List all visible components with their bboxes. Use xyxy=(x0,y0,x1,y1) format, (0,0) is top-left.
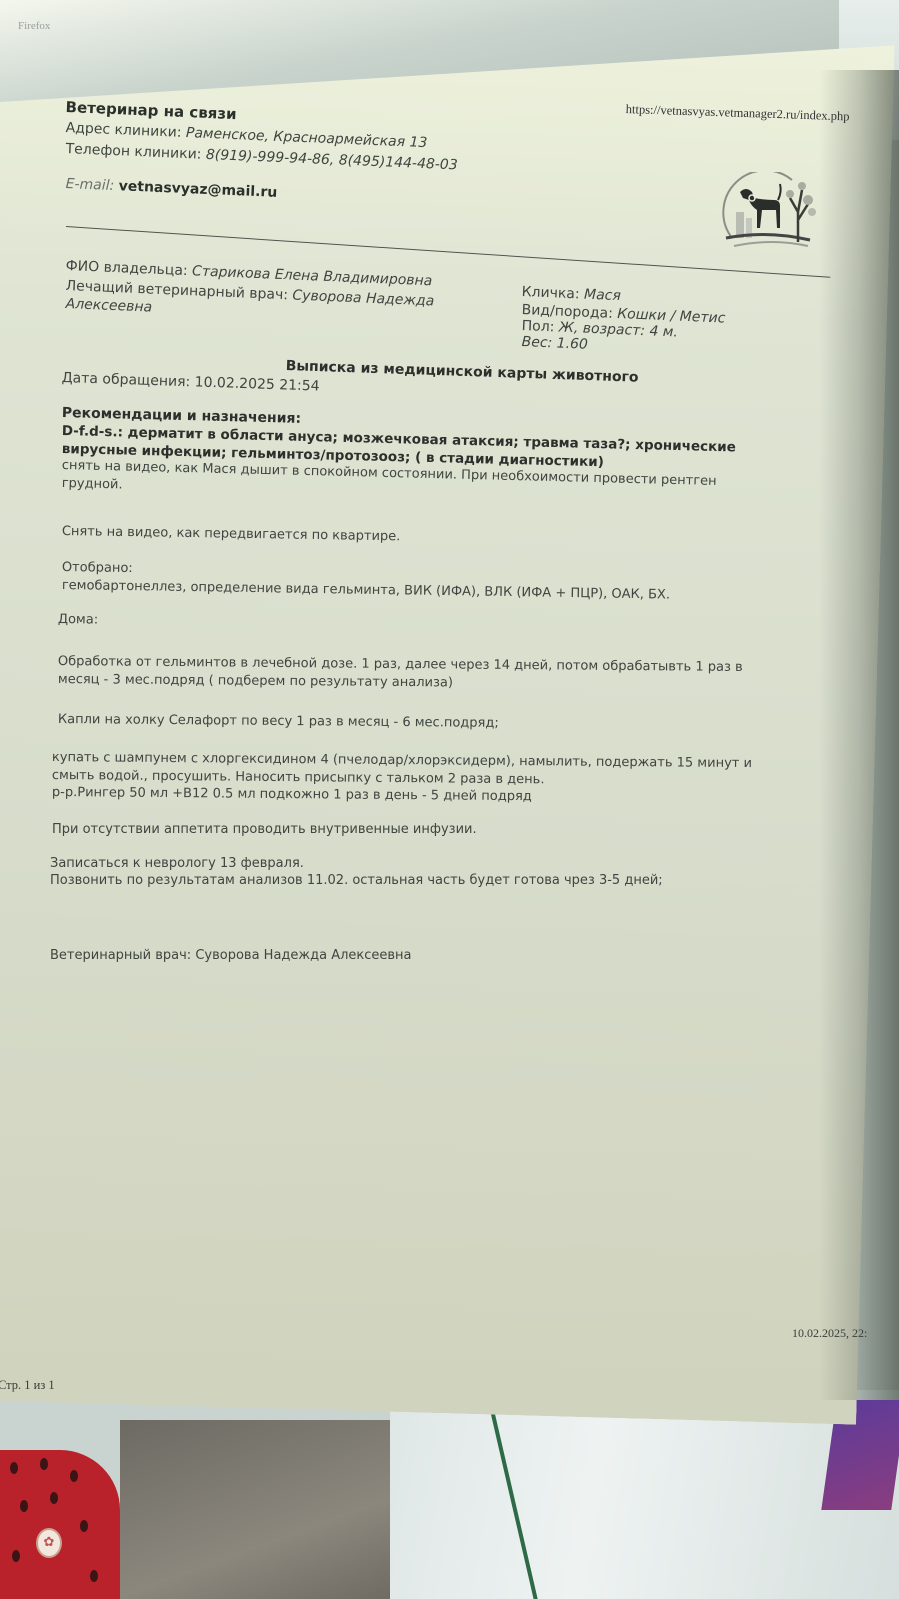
video-move: Снять на видео, как передвигается по ква… xyxy=(62,524,401,544)
owner-label: ФИО владельца: xyxy=(65,258,188,279)
browser-watermark: Firefox xyxy=(18,20,50,32)
phone-label: Телефон клиники: xyxy=(65,141,201,163)
background-shelf xyxy=(390,1400,899,1599)
pet-name-value: Мася xyxy=(584,287,621,305)
visit-date: Дата обращения: 10.02.2025 21:54 xyxy=(61,370,319,395)
shelf-edge xyxy=(490,1410,539,1599)
call-results: Позвонить по результатам анализов 11.02.… xyxy=(50,873,663,888)
page-url[interactable]: https://vetnasvyas.vetmanager2.ru/index.… xyxy=(626,102,850,124)
vet-medical-record: Firefox Ветеринар на связи Адрес клиники… xyxy=(0,0,899,1400)
pet-name-label: Кличка: xyxy=(521,284,580,302)
visit-date-label: Дата обращения: xyxy=(61,370,190,390)
dog-tree-logo-icon xyxy=(712,172,824,252)
home-label: Дома: xyxy=(58,612,98,628)
deworm-line-1: Обработка от гельминтов в лечебной дозе.… xyxy=(58,654,743,675)
visit-date-value: 10.02.2025 21:54 xyxy=(194,374,319,394)
page-counter: Стр. 1 из 1 xyxy=(0,1378,55,1393)
pet-weight-value: 1.60 xyxy=(556,335,588,352)
pet-weight-label: Вес: xyxy=(521,334,552,351)
document-title: Выписка из медицинской карты животного xyxy=(285,358,638,386)
bath-line-2: смыть водой., просушить. Наносить присып… xyxy=(52,768,545,787)
pet-sex-label: Пол: xyxy=(521,318,554,335)
collected-label: Отобрано: xyxy=(62,560,133,576)
neurologist-appointment: Записаться к неврологу 13 февраля. xyxy=(50,856,304,871)
appetite-instruction: При отсутствии аппетита проводить внутри… xyxy=(52,822,477,837)
red-pet-mat xyxy=(0,1450,120,1599)
doctor-signature: Ветеринарный врач: Суворова Надежда Алек… xyxy=(50,948,412,963)
print-datetime: 10.02.2025, 22: xyxy=(792,1326,867,1341)
doctor-value-cont: Алексеевна xyxy=(65,296,152,316)
clinic-name: Ветеринар на связи xyxy=(65,98,237,123)
deworm-line-2: месяц - 3 мес.подряд ( подберем по резул… xyxy=(58,672,453,690)
ringer-instruction: р-р.Рингер 50 мл +B12 0.5 мл подкожно 1 … xyxy=(52,785,532,804)
doctor-value: Суворова Надежда xyxy=(292,288,434,310)
email-label: E-mail: xyxy=(65,176,114,194)
video-breath-line-2: грудной. xyxy=(62,476,123,492)
drops-instruction: Капли на холку Селафорт по весу 1 раз в … xyxy=(58,712,499,731)
address-label: Адрес клиники: xyxy=(65,120,182,141)
email-value[interactable]: vetnasvyaz@mail.ru xyxy=(118,178,277,201)
clinic-email: E-mail: vetnasvyaz@mail.ru xyxy=(65,176,277,201)
paw-print-icon: ✿ xyxy=(36,1528,62,1558)
collected-value: гемобартонеллез, определение вида гельми… xyxy=(62,578,670,603)
pet-name: Кличка: Мася xyxy=(521,284,621,304)
pet-weight: Вес: 1.60 xyxy=(521,334,588,353)
